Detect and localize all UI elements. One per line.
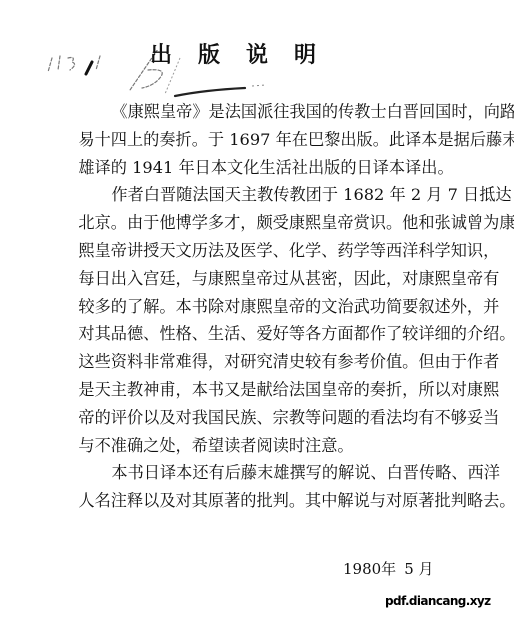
body-text: 《康熙皇帝》是法国派往我国的传教士白晋回国时，向路 易十四上的奏折。于 1697…: [46, 98, 496, 515]
text-line: 作者白晋随法国天主教传教团于 1682 年 2 月 7 日抵达: [46, 181, 496, 209]
text-line: 雄译的 1941 年日本文化生活社出版的日译本译出。: [46, 154, 496, 182]
date-month: 5 月: [404, 560, 433, 578]
text-line: 帝的评价以及对我国民族、宗教等问题的看法均有不够妥当: [46, 404, 496, 432]
text-line: 较多的了解。本书除对康熙皇帝的文治武功简要叙述外，并: [46, 293, 496, 321]
paragraph-3: 本书日译本还有后藤末雄撰写的解说、白晋传略、西洋 人名注释以及对其原著的批判。其…: [46, 459, 496, 515]
text-line: 北京。由于他博学多才，颇受康熙皇帝赏识。他和张诚曾为康: [46, 209, 496, 237]
text-line: 熙皇帝讲授天文历法及医学、化学、药学等西洋科学知识，: [46, 237, 496, 265]
page-title: 出版说明: [150, 38, 342, 69]
text-line: 本书日译本还有后藤末雄撰写的解说、白晋传略、西洋: [46, 459, 496, 487]
text-line: 是天主教神甫，本书又是献给法国皇帝的奏折，所以对康熙: [46, 376, 496, 404]
paragraph-2: 作者白晋随法国天主教传教团于 1682 年 2 月 7 日抵达 北京。由于他博学…: [46, 181, 496, 459]
text-line: 每日出入宫廷，与康熙皇帝过从甚密，因此，对康熙皇帝有: [46, 265, 496, 293]
text-line: 对其品德、性格、生活、爱好等各方面都作了较详细的介绍。: [46, 320, 496, 348]
text-line: 人名注释以及对其原著的批判。其中解说与对原著批判略去。: [46, 487, 496, 515]
publication-date: 1980年5 月: [343, 558, 434, 579]
text-line: 《康熙皇帝》是法国派往我国的传教士白晋回国时，向路: [46, 98, 496, 126]
watermark: pdf.diancang.xyz: [385, 594, 491, 608]
text-line: 与不准确之处，希望读者阅读时注意。: [46, 432, 496, 460]
text-line: 这些资料非常难得，对研究清史较有参考价值。但由于作者: [46, 348, 496, 376]
document-page: 出版说明 《康熙皇帝》是法国派往我国的传教士白晋回国时，向路 易十四上的奏折。于…: [0, 0, 514, 637]
date-year: 1980年: [343, 560, 396, 578]
paragraph-1: 《康熙皇帝》是法国派往我国的传教士白晋回国时，向路 易十四上的奏折。于 1697…: [46, 98, 496, 181]
text-line: 易十四上的奏折。于 1697 年在巴黎出版。此译本是据后藤末: [46, 126, 496, 154]
